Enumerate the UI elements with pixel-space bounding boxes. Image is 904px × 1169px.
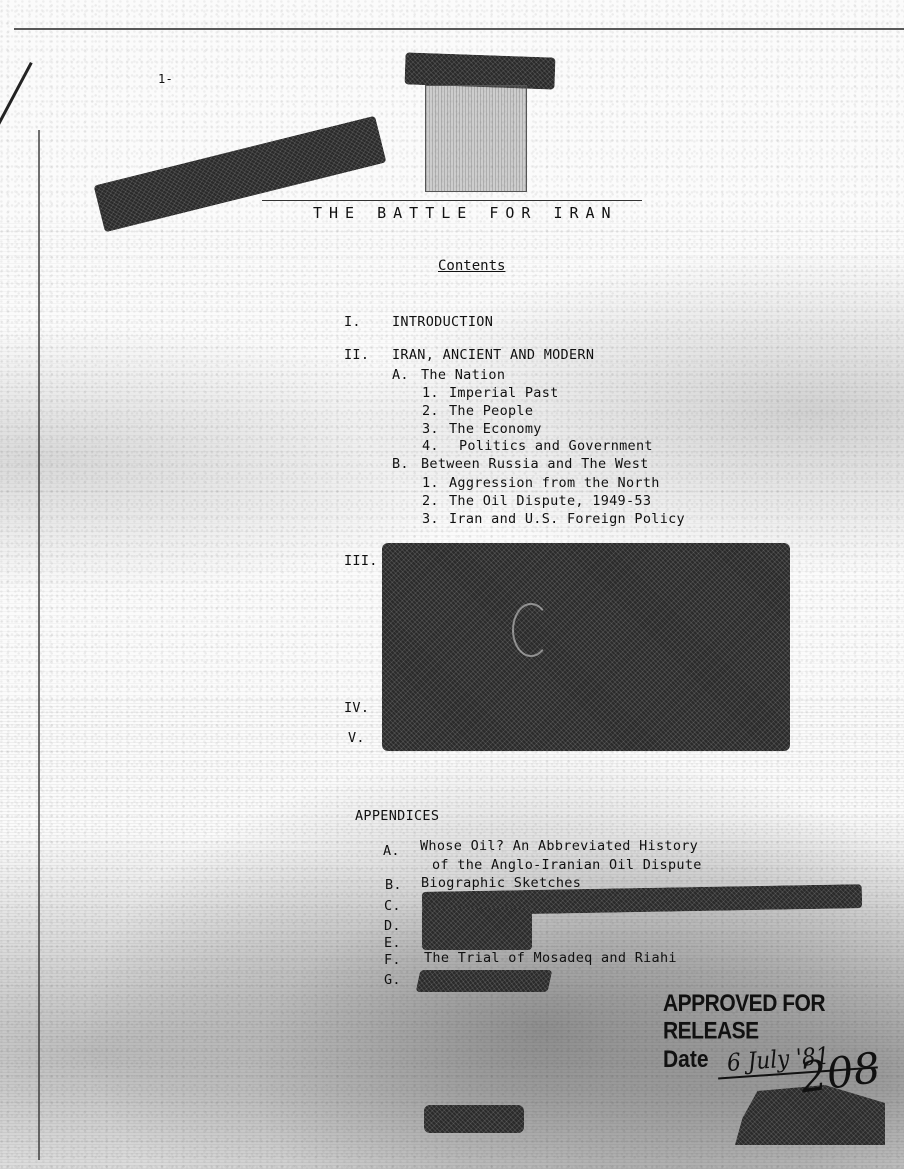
toc-num: II. — [344, 347, 369, 363]
appendices-heading: APPENDICES — [355, 808, 439, 824]
appendix-num: E. — [384, 935, 401, 951]
redaction-sections-iii-v — [382, 543, 790, 751]
photocopy-smudge-bottom — [0, 700, 904, 1169]
redaction-bottom-stamp — [424, 1105, 524, 1133]
redaction-c-mark — [512, 603, 550, 657]
handwritten-page-number: 208 — [797, 1043, 883, 1103]
contents-heading: Contents — [438, 258, 505, 274]
stray-mark: 1- — [158, 72, 173, 86]
appendix-num: G. — [384, 972, 401, 988]
appendix-num: A. — [383, 843, 400, 859]
toc-item: The Economy — [449, 421, 542, 437]
toc-subsection-nation: The Nation — [421, 367, 505, 383]
appendix-item-cont: of the Anglo-Iranian Oil Dispute — [432, 857, 702, 873]
document-title: THE BATTLE FOR IRAN — [313, 204, 618, 222]
toc-num: 2. — [422, 493, 439, 509]
appendix-num: C. — [384, 898, 401, 914]
toc-subsection-russia-west: Between Russia and The West — [421, 456, 649, 472]
toc-num: 1. — [422, 385, 439, 401]
appendix-item: The Trial of Mosadeq and Riahi — [424, 950, 677, 966]
toc-num: 3. — [422, 511, 439, 527]
appendix-item: Biographic Sketches — [421, 875, 581, 891]
toc-num: III. — [344, 553, 378, 569]
redaction-appendix-g — [416, 970, 553, 992]
toc-section-iran: IRAN, ANCIENT AND MODERN — [392, 347, 594, 363]
appendix-item: Whose Oil? An Abbreviated History — [420, 838, 698, 854]
toc-item: Imperial Past — [449, 385, 559, 401]
toc-item: Iran and U.S. Foreign Policy — [449, 511, 685, 527]
toc-item: The Oil Dispute, 1949-53 — [449, 493, 651, 509]
toc-item: Politics and Government — [459, 438, 653, 454]
title-rule — [262, 200, 642, 201]
toc-num: 3. — [422, 421, 439, 437]
release-stamp-heading: APPROVED FOR RELEASE — [663, 990, 904, 1045]
toc-num: IV. — [344, 700, 369, 716]
toc-num: 1. — [422, 475, 439, 491]
margin-pen-stroke — [0, 62, 33, 132]
top-edge-rule — [14, 28, 904, 30]
toc-num: B. — [392, 456, 409, 472]
appendix-num: B. — [385, 877, 402, 893]
toc-num: 4. — [422, 438, 439, 454]
redaction-classification-box — [425, 85, 527, 192]
redaction-appendix-d-e — [422, 908, 532, 950]
appendix-num: D. — [384, 918, 401, 934]
toc-section-introduction: INTRODUCTION — [392, 314, 493, 330]
appendix-num: F. — [384, 952, 401, 968]
release-date-label: Date — [663, 1046, 709, 1074]
toc-num: 2. — [422, 403, 439, 419]
redaction-top-stamp — [404, 52, 555, 89]
toc-num: V. — [348, 730, 365, 746]
toc-num: I. — [344, 314, 361, 330]
toc-item: Aggression from the North — [449, 475, 660, 491]
toc-item: The People — [449, 403, 533, 419]
left-margin-line — [38, 130, 40, 1160]
toc-num: A. — [392, 367, 409, 383]
